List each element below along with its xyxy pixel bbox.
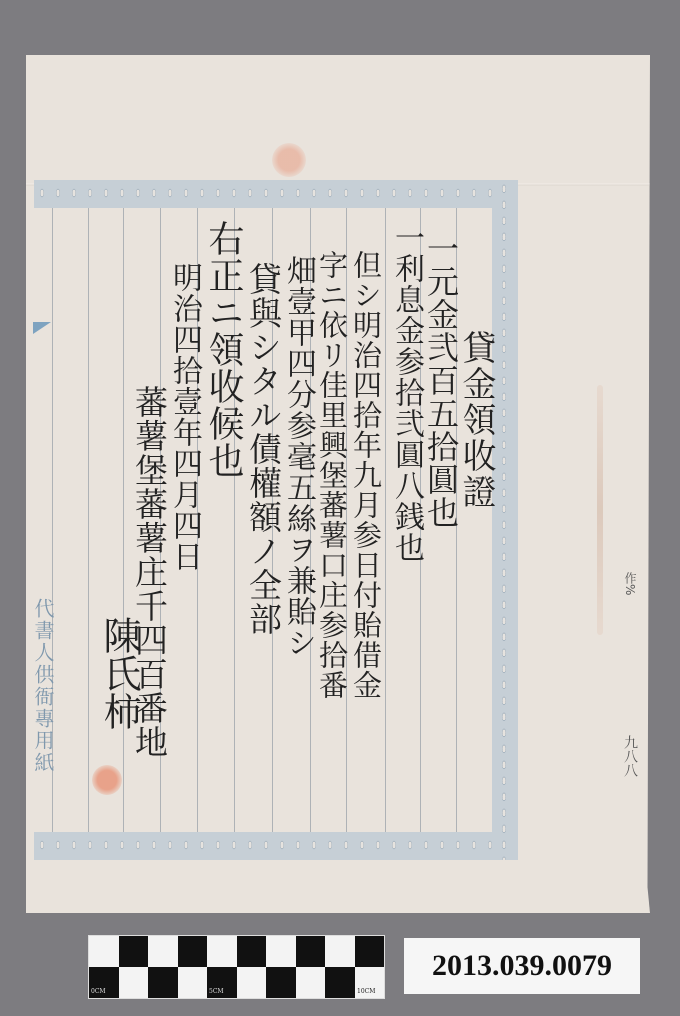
- signer-name: 陳氏柿: [92, 616, 147, 730]
- paper-stain: [597, 385, 603, 635]
- margin-marker-triangle: [33, 322, 51, 334]
- frame-border-right: [492, 180, 518, 860]
- frame-border-bottom: [34, 832, 518, 860]
- accession-number-label: 2013.039.0079: [404, 938, 640, 994]
- measurement-scale-bar: [88, 935, 385, 999]
- ruled-line: [88, 208, 89, 832]
- ruled-line: [123, 208, 124, 832]
- frame-border-top: [34, 180, 518, 208]
- scale-label-0cm: 0CM: [91, 988, 106, 995]
- scale-label-5cm: 5CM: [209, 988, 224, 995]
- printed-margin-label: 代書人供衙專用紙: [36, 598, 58, 774]
- top-seal-stamp: [272, 143, 306, 177]
- text-line-2: 一利息金参拾弐圓八銭也: [384, 222, 428, 563]
- pencil-annotation-upper: 作%: [622, 572, 639, 595]
- signature-seal-stamp: [92, 765, 122, 795]
- scale-label-10cm: 10CM: [357, 988, 375, 995]
- pencil-annotation-lower: 九八八: [620, 735, 640, 777]
